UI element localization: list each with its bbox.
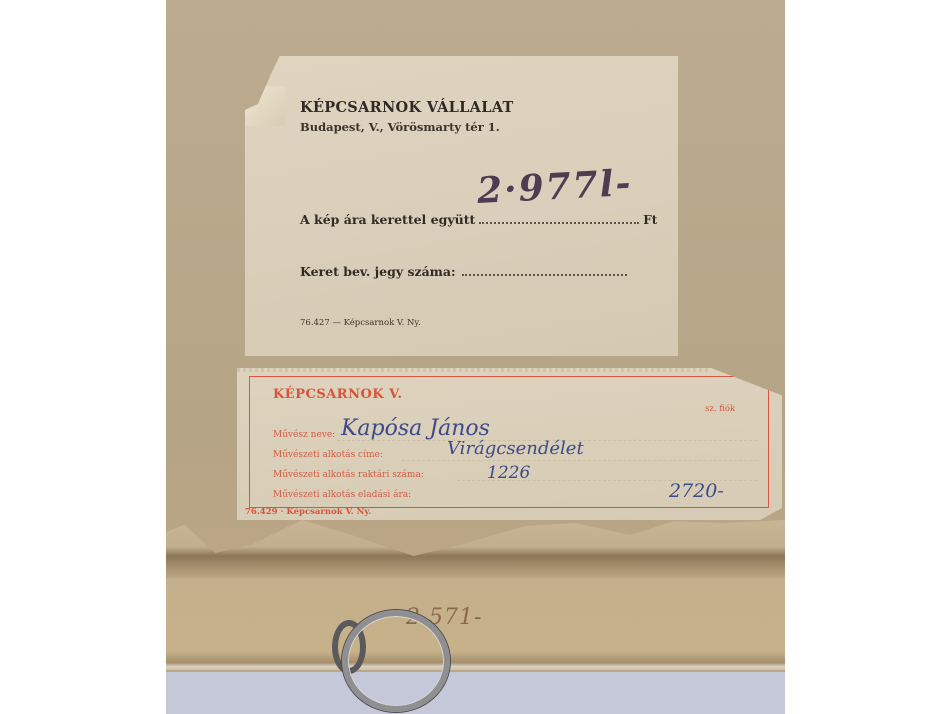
hanging-ring-icon <box>342 610 450 712</box>
field-artist-label: Művész neve: <box>273 430 335 440</box>
price-row: A kép ára kerettel együttFt <box>300 212 657 227</box>
frame-number-label: Keret bev. jegy száma: <box>300 264 456 279</box>
field-title-value: Virágcsendélet <box>447 438 584 459</box>
label1-address: Budapest, V., Vörösmarty tér 1. <box>300 120 500 134</box>
field-stock-value: 1226 <box>487 463 530 483</box>
label2-title: KÉPCSARNOK V. <box>273 387 402 402</box>
photo-frame-back: KÉPCSARNOK VÁLLALAT Budapest, V., Vörösm… <box>166 0 785 714</box>
field-price-label: Művészeti alkotás eladási ára: <box>273 490 411 500</box>
field-line <box>402 460 757 461</box>
torn-paper-backing <box>166 520 785 580</box>
price-label: A kép ára kerettel együtt <box>300 212 475 227</box>
perforated-edge <box>237 368 711 372</box>
folded-corner <box>245 86 285 126</box>
field-price-value: 2720- <box>669 480 724 502</box>
label1-title: KÉPCSARNOK VÁLLALAT <box>300 99 514 116</box>
label2-print-code: 76.429 · Képcsarnok V. Ny. <box>245 507 371 517</box>
wall-background <box>166 672 785 714</box>
label1-print-code: 76.427 — Képcsarnok V. Ny. <box>300 318 421 328</box>
handwritten-price: 2·977l- <box>476 162 633 212</box>
currency-label: Ft <box>643 213 657 227</box>
branch-label: sz. fiók <box>705 404 735 414</box>
field-title-label: Művészeti alkotás címe: <box>273 450 383 460</box>
dotted-line <box>462 264 627 276</box>
frame-number-row: Keret bev. jegy száma: <box>300 264 627 279</box>
field-stock-label: Művészeti alkotás raktári száma: <box>273 470 424 480</box>
gallery-price-label: KÉPCSARNOK VÁLLALAT Budapest, V., Vörösm… <box>245 56 678 356</box>
inventory-label: KÉPCSARNOK V. sz. fiók Művész neve: Kapó… <box>237 368 782 520</box>
dotted-line <box>479 212 639 224</box>
